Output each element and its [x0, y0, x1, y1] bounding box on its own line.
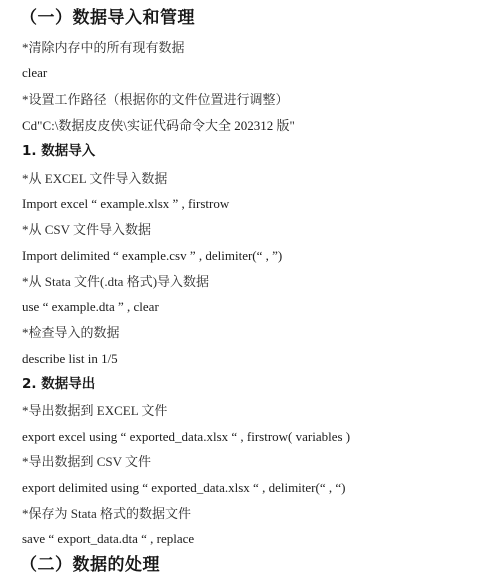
- comment-save-stata: *保存为 Stata 格式的数据文件: [22, 507, 191, 520]
- comment-import-stata: *从 Stata 文件(.dta 格式)导入数据: [22, 275, 209, 288]
- code-import-excel: Import excel “ example.xlsx ” , firstrow: [22, 197, 229, 210]
- subheading-data-import: 1. 数据导入: [22, 145, 95, 159]
- comment-set-working-dir: *设置工作路径（根据你的文件位置进行调整）: [22, 93, 289, 106]
- code-export-delimited: export delimited using “ exported_data.x…: [22, 481, 345, 494]
- comment-check-import: *检查导入的数据: [22, 326, 120, 339]
- section-heading-data-processing: （二）数据的处理: [20, 557, 160, 574]
- code-save-dta: save “ export_data.dta “ , replace: [22, 532, 194, 545]
- subheading-data-export: 2. 数据导出: [22, 378, 95, 392]
- comment-clear-memory: *清除内存中的所有现有数据: [22, 41, 185, 54]
- comment-export-excel: *导出数据到 EXCEL 文件: [22, 404, 167, 417]
- code-import-delimited: Import delimited “ example.csv ” , delim…: [22, 249, 282, 262]
- code-export-excel: export excel using “ exported_data.xlsx …: [22, 430, 350, 443]
- comment-export-csv: *导出数据到 CSV 文件: [22, 455, 151, 468]
- section-heading-data-import-management: （一）数据导入和管理: [20, 10, 195, 27]
- comment-import-excel: *从 EXCEL 文件导入数据: [22, 172, 167, 185]
- code-describe-list: describe list in 1/5: [22, 352, 118, 365]
- code-cd-path: Cd"C:\数据皮皮侠\实证代码命令大全 202312 版": [22, 119, 295, 132]
- code-use-dta: use “ example.dta ” , clear: [22, 300, 159, 313]
- comment-import-csv: *从 CSV 文件导入数据: [22, 223, 151, 236]
- code-clear: clear: [22, 66, 47, 79]
